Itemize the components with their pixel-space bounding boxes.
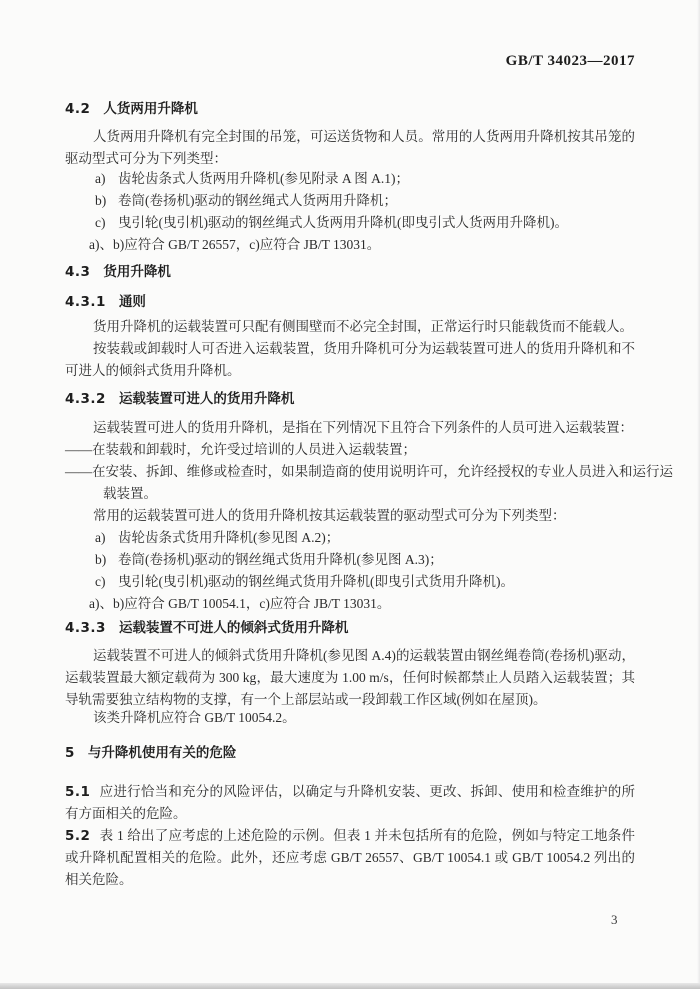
heading-4-3-1: 4.3.1通则 (65, 292, 635, 312)
scan-edge-bottom (0, 983, 700, 989)
paragraph-4-3-2-types: 常用的运载装置可进人的货用升降机按其运载装置的驱动型式可分为下列类型： (65, 505, 635, 527)
list-4-3-2: a) 齿轮齿条式货用升降机(参见图 A.2)； b) 卷筒(卷扬机)驱动的钢丝绳… (65, 527, 635, 593)
list-item-text: 卷筒(卷扬机)驱动的钢丝绳式人货两用升降机； (118, 190, 635, 212)
clause-5-2: 5.2表 1 给出了应考虑的上述危险的示例。但表 1 并未包括所有的危险，例如与… (65, 825, 635, 891)
dash-item-loading: ——在装载和卸载时，允许受过培训的人员进入运载装置； (65, 439, 673, 461)
compliance-note-4-2: a)、b)应符合 GB/T 26557，c)应符合 JB/T 13031。 (65, 234, 659, 256)
clause-5-2-number: 5.2 (65, 828, 90, 844)
heading-4-3-number: 4.3 (65, 264, 90, 280)
clause-5-2-text: 表 1 给出了应考虑的上述危险的示例。但表 1 并未包括所有的危险，例如与特定工… (65, 828, 635, 887)
heading-4-3-3-number: 4.3.3 (65, 620, 106, 636)
heading-4-3-1-title: 通则 (119, 294, 146, 310)
list-item-text: 齿轮齿条式货用升降机(参见图 A.2)； (118, 527, 635, 549)
clause-5-1-text: 应进行恰当和充分的风险评估，以确定与升降机安装、更改、拆卸、使用和检查维护的所有… (65, 784, 635, 821)
heading-5-number: 5 (65, 745, 75, 761)
clause-5-1-number: 5.1 (65, 784, 90, 800)
list-item-text: 卷筒(卷扬机)驱动的钢丝绳式货用升降机(参见图 A.3)； (118, 549, 635, 571)
document-page: GB/T 34023—2017 4.2人货两用升降机 人货两用升降机有完全封围的… (0, 0, 700, 989)
heading-4-3-2-number: 4.3.2 (65, 391, 106, 407)
list-item: a) 齿轮齿条式人货两用升降机(参见附录 A 图 A.1)； (65, 168, 635, 190)
list-item-label: c) (95, 212, 118, 234)
list-item: a) 齿轮齿条式货用升降机(参见图 A.2)； (65, 527, 635, 549)
heading-4-3-title: 货用升降机 (103, 264, 171, 280)
standard-ref: GB/T 34023—2017 (506, 53, 635, 69)
heading-4-3-3: 4.3.3运载装置不可进人的倾斜式货用升降机 (65, 618, 635, 638)
heading-4-3-1-number: 4.3.1 (65, 294, 106, 310)
list-item-text: 曳引轮(曳引机)驱动的钢丝绳式货用升降机(即曳引式货用升降机)。 (118, 571, 635, 593)
heading-4-2-number: 4.2 (65, 101, 90, 117)
heading-4-3-2-title: 运载装置可进人的货用升降机 (119, 391, 295, 407)
clause-5-1: 5.1应进行恰当和充分的风险评估，以确定与升降机安装、更改、拆卸、使用和检查维护… (65, 781, 635, 825)
list-item-label: b) (95, 549, 118, 571)
list-item-label: b) (95, 190, 118, 212)
heading-4-3-2: 4.3.2运载装置可进人的货用升降机 (65, 389, 635, 409)
compliance-note-4-3-2: a)、b)应符合 GB/T 10054.1，c)应符合 JB/T 13031。 (65, 593, 659, 615)
page-number: 3 (611, 912, 618, 928)
paragraph-4-3-1-p1: 货用升降机的运载装置可只配有侧围壁而不必完全封围，正常运行时只能载货而不能载人。 (65, 316, 635, 338)
heading-4-3-3-title: 运载装置不可进人的倾斜式货用升降机 (119, 620, 349, 636)
heading-4-2: 4.2人货两用升降机 (65, 99, 635, 119)
paragraph-4-3-3-p2: 该类升降机应符合 GB/T 10054.2。 (65, 707, 635, 729)
list-item: c) 曳引轮(曳引机)驱动的钢丝绳式货用升降机(即曳引式货用升降机)。 (65, 571, 635, 593)
list-item-label: a) (95, 527, 118, 549)
list-4-2: a) 齿轮齿条式人货两用升降机(参见附录 A 图 A.1)； b) 卷筒(卷扬机… (65, 168, 635, 234)
dash-item-installation: ——在安装、拆卸、维修或检查时，如果制造商的使用说明许可，允许经授权的专业人员进… (65, 461, 673, 505)
paragraph-4-2-intro: 人货两用升降机有完全封围的吊笼，可运送货物和人员。常用的人货两用升降机按其吊笼的… (65, 126, 635, 170)
list-item-label: a) (95, 168, 118, 190)
heading-5-title: 与升降机使用有关的危险 (88, 745, 237, 761)
paragraph-4-3-3-p1: 运载装置不可进人的倾斜式货用升降机(参见图 A.4)的运载装置由钢丝绳卷筒(卷扬… (65, 645, 635, 711)
heading-4-2-title: 人货两用升降机 (103, 101, 198, 117)
paragraph-4-3-2-intro: 运载装置可进人的货用升降机，是指在下列情况下且符合下列条件的人员可进入运载装置： (65, 417, 635, 439)
list-item: b) 卷筒(卷扬机)驱动的钢丝绳式人货两用升降机； (65, 190, 635, 212)
page-header: GB/T 34023—2017 (65, 52, 635, 70)
list-item-text: 齿轮齿条式人货两用升降机(参见附录 A 图 A.1)； (118, 168, 635, 190)
list-item: b) 卷筒(卷扬机)驱动的钢丝绳式货用升降机(参见图 A.3)； (65, 549, 635, 571)
heading-5: 5与升降机使用有关的危险 (65, 743, 635, 763)
list-item-label: c) (95, 571, 118, 593)
list-item: c) 曳引轮(曳引机)驱动的钢丝绳式人货两用升降机(即曳引式人货两用升降机)。 (65, 212, 635, 234)
paragraph-4-3-1-p2: 按装载或卸载时人可否进入运载装置，货用升降机可分为运载装置可进人的货用升降机和不… (65, 338, 635, 382)
list-item-text: 曳引轮(曳引机)驱动的钢丝绳式人货两用升降机(即曳引式人货两用升降机)。 (118, 212, 635, 234)
heading-4-3: 4.3货用升降机 (65, 262, 635, 282)
